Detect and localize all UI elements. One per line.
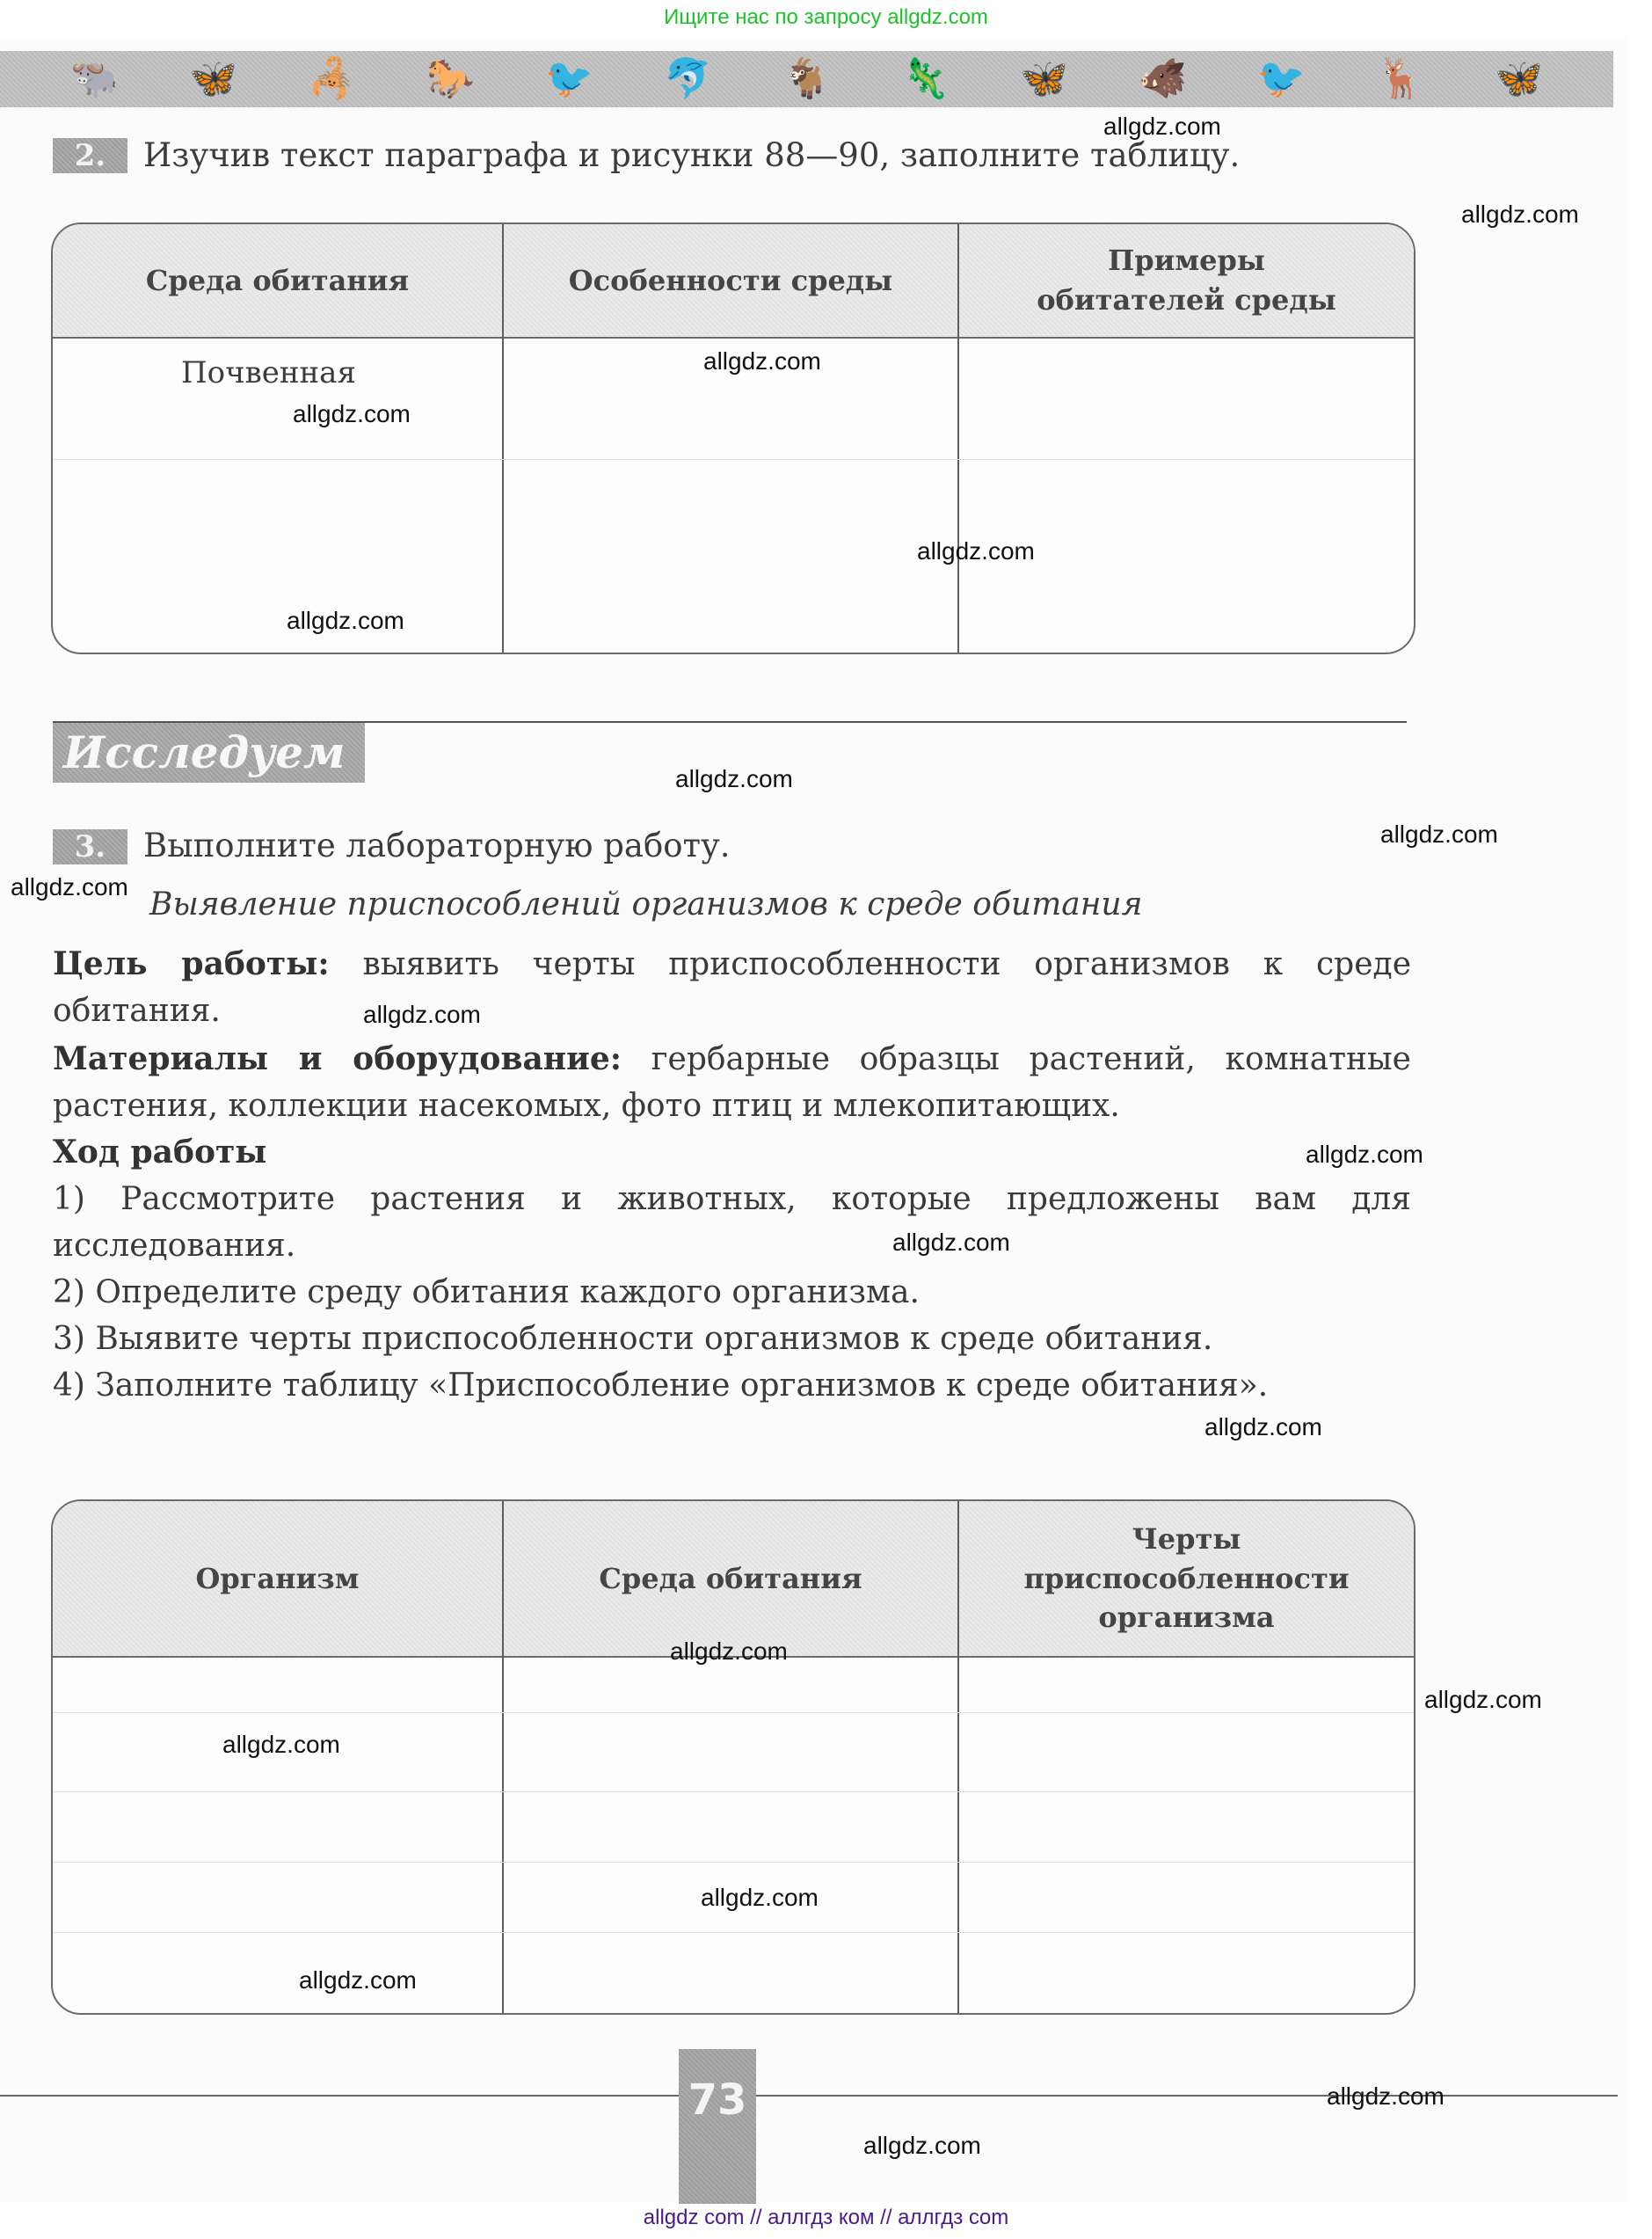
- procedure-label: Ход работы: [53, 1134, 266, 1171]
- procedure-step: 1) Рассмотрите растения и животных, кото…: [53, 1176, 1411, 1269]
- watermark: allgdz.com: [1306, 1141, 1423, 1169]
- watermark: allgdz.com: [1103, 113, 1221, 141]
- goal-label: Цель работы:: [53, 945, 330, 982]
- table-cell-features[interactable]: [504, 339, 957, 651]
- watermark: allgdz.com: [701, 1884, 819, 1912]
- task-title: Изучив текст параграфа и рисунки 88—90, …: [143, 136, 1240, 174]
- procedure-steps: 1) Рассмотрите растения и животных, кото…: [53, 1176, 1411, 1409]
- procedure-step: 2) Определите среду обитания каждого орг…: [53, 1269, 1411, 1316]
- watermark: allgdz.com: [11, 873, 128, 901]
- page-number: 73: [679, 2049, 756, 2204]
- watermark: allgdz.com: [892, 1229, 1010, 1257]
- watermark: allgdz.com: [222, 1731, 340, 1759]
- table-cell-adaptations[interactable]: [959, 1658, 1414, 2011]
- column-header: Особенности среды: [504, 224, 957, 337]
- habitat-table: Среда обитания Особенности среды Примеры…: [51, 222, 1415, 654]
- column-header: Черты приспособленности организма: [959, 1501, 1414, 1656]
- watermark: allgdz.com: [1461, 201, 1579, 229]
- watermark: allgdz.com: [917, 537, 1035, 565]
- watermark: allgdz.com: [1204, 1413, 1322, 1441]
- watermark: allgdz.com: [675, 765, 793, 793]
- watermark: allgdz.com: [299, 1966, 417, 1995]
- watermark: allgdz.com: [1380, 820, 1498, 849]
- lab-materials: Материалы и оборудование: гербарные обра…: [53, 1036, 1411, 1129]
- butterfly-icon: 🦋: [1495, 60, 1543, 98]
- table-cell[interactable]: Почвенная: [181, 355, 356, 390]
- goat-icon: 🐐: [782, 60, 831, 98]
- task-number-badge: 2.: [53, 138, 127, 173]
- boar-icon: 🐗: [1139, 60, 1187, 98]
- table-cell-habitat[interactable]: [504, 1658, 957, 2011]
- lab-work-title: Выявление приспособлений организмов к ср…: [149, 886, 1142, 923]
- task-title: Выполните лабораторную работу.: [143, 827, 731, 864]
- animal-silhouette-banner: 🐃 🦋 🦂 🐎 🐦 🐬 🐐 🦎 🦋 🐗 🐦 🦌 🦋: [0, 51, 1613, 107]
- moth-icon: 🦋: [1020, 60, 1068, 98]
- watermark: allgdz.com: [670, 1637, 788, 1666]
- column-header: Организм: [53, 1501, 502, 1656]
- footer-rule: [756, 2095, 1618, 2097]
- materials-label: Материалы и оборудование:: [53, 1040, 622, 1077]
- watermark: allgdz.com: [363, 1001, 481, 1029]
- butterfly-icon: 🦋: [189, 60, 237, 98]
- horse-icon: 🐎: [426, 60, 475, 98]
- watermark: allgdz.com: [703, 347, 821, 376]
- watermark: allgdz.com: [1327, 2082, 1445, 2111]
- column-header: Примеры обитателей среды: [959, 224, 1414, 337]
- table-cell-organism[interactable]: [53, 1658, 502, 2011]
- page-edge: [1627, 39, 1652, 2202]
- footer-rule: [0, 2095, 679, 2097]
- task-number-badge: 3.: [53, 829, 127, 864]
- antelope-icon: 🦌: [1376, 60, 1424, 98]
- watermark: allgdz.com: [1424, 1686, 1542, 1714]
- table-cell-examples[interactable]: [959, 339, 1414, 651]
- scorpion-icon: 🦂: [308, 60, 356, 98]
- column-header: Среда обитания: [504, 1501, 957, 1656]
- bird-icon: 🐦: [545, 60, 593, 98]
- procedure-step: 4) Заполните таблицу «Приспособление орг…: [53, 1362, 1411, 1409]
- bison-icon: 🐃: [70, 60, 119, 98]
- top-ad-banner[interactable]: Ищите нас по запросу allgdz.com: [0, 5, 1652, 30]
- column-header: Среда обитания: [53, 224, 502, 337]
- procedure-step: 3) Выявите черты приспособленности орган…: [53, 1316, 1411, 1362]
- ostrich-icon: 🐦: [1257, 60, 1306, 98]
- bottom-ad-banner[interactable]: allgdz com // аллгдз ком // аллгдз com: [0, 2206, 1652, 2230]
- watermark: allgdz.com: [293, 400, 411, 428]
- watermark: allgdz.com: [287, 607, 404, 635]
- lizard-icon: 🦎: [901, 60, 950, 98]
- section-label: Исследуем: [53, 723, 365, 783]
- watermark: allgdz.com: [863, 2132, 981, 2160]
- lab-goal: Цель работы: выявить черты приспособленн…: [53, 941, 1411, 1034]
- dolphin-icon: 🐬: [664, 60, 712, 98]
- procedure-heading: Ход работы: [53, 1129, 1411, 1176]
